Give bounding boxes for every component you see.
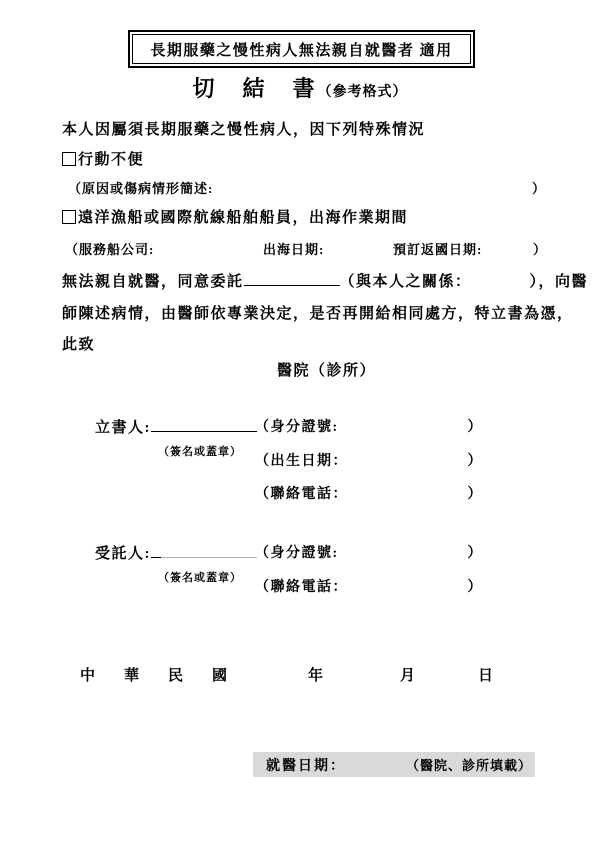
trustee-phone-label: （聯絡電話： bbox=[255, 576, 348, 596]
option-seafarer-row: 遠洋漁船或國際航線船舶船員，出海作業期間 bbox=[62, 206, 408, 227]
trustee-name-field-start[interactable] bbox=[151, 544, 161, 558]
trustee-id-row: （身分證號: ） bbox=[255, 542, 483, 562]
year-label: 年 bbox=[308, 664, 325, 685]
body-line-3: 此致 bbox=[62, 333, 95, 354]
declarant-phone-close-paren: ） bbox=[468, 483, 484, 503]
era-char-1: 中 bbox=[80, 664, 97, 685]
filled-by-clinic-note: （醫院、診所填載） bbox=[406, 755, 532, 774]
trustee-label: 受託人: bbox=[95, 546, 151, 562]
month-label: 月 bbox=[400, 664, 417, 685]
trustee-id-close-paren: ） bbox=[467, 542, 483, 562]
era-char-4: 國 bbox=[212, 664, 229, 685]
trustee-name-field[interactable] bbox=[161, 544, 257, 558]
visit-date-label: 就醫日期： bbox=[266, 755, 346, 775]
body-line-2: 師陳述病情，由醫師依專業決定，是否再開給相同處方，特立書為憑， bbox=[62, 302, 574, 323]
hospital-clinic-label: 醫院（診所） bbox=[277, 359, 376, 380]
checkbox-seafarer[interactable] bbox=[62, 210, 76, 224]
declarant-name-field[interactable] bbox=[151, 418, 257, 432]
body-line-1: 無法親自就醫，同意委託（與本人之關係：），向醫 bbox=[62, 270, 588, 291]
declarant-birthdate-row: （出生日期： ） bbox=[255, 450, 483, 470]
title-main: 切 結 書 bbox=[192, 76, 317, 101]
trustee-phone-close-paren: ） bbox=[468, 576, 484, 596]
applicability-text: 長期服藥之慢性病人無法親自就醫者 適用 bbox=[132, 34, 471, 64]
seafarer-detail-close-paren: ） bbox=[533, 239, 547, 258]
declarant-id-row: （身分證號: ） bbox=[255, 416, 483, 436]
declarant-id-close-paren: ） bbox=[467, 416, 483, 436]
delegate-post-text: ），向醫 bbox=[530, 274, 589, 290]
relation-field[interactable] bbox=[472, 285, 530, 286]
option-mobility-row: 行動不便 bbox=[62, 148, 144, 169]
checkbox-mobility[interactable] bbox=[62, 152, 76, 166]
declarant-row: 立書人: bbox=[95, 416, 257, 437]
declarant-phone-row: （聯絡電話： ） bbox=[255, 483, 483, 503]
relation-label: （與本人之關係： bbox=[340, 274, 472, 290]
option-mobility-label: 行動不便 bbox=[78, 152, 144, 168]
delegate-name-field[interactable] bbox=[244, 272, 340, 286]
ship-company-label: （服務船公司: bbox=[65, 239, 154, 258]
page-title: 切 結 書（參考格式） bbox=[0, 72, 600, 103]
declarant-id-label: （身分證號: bbox=[255, 416, 339, 436]
title-suffix: （參考格式） bbox=[318, 85, 408, 100]
option-mobility-detail-row: （原因或傷病情形簡述: ） bbox=[68, 178, 546, 197]
option-seafarer-detail-row: （服務船公司: 出海日期: 預訂返國日期: ） bbox=[0, 239, 600, 259]
trustee-phone-row: （聯絡電話： ） bbox=[255, 576, 483, 596]
intro-text: 本人因屬須長期服藥之慢性病人，因下列特殊情況 bbox=[62, 118, 425, 139]
trustee-sign-note: （簽名或蓋章） bbox=[158, 569, 242, 585]
trustee-id-label: （身分證號: bbox=[255, 542, 339, 562]
departure-date-label: 出海日期: bbox=[263, 239, 324, 258]
mobility-reason-label: （原因或傷病情形簡述: bbox=[68, 178, 213, 197]
declarant-label: 立書人: bbox=[95, 420, 151, 436]
declarant-birthdate-close-paren: ） bbox=[468, 450, 484, 470]
affidavit-document-page: 長期服藥之慢性病人無法親自就醫者 適用 切 結 書（參考格式） 本人因屬須長期服… bbox=[0, 0, 600, 848]
date-line: 中 華 民 國 年 月 日 bbox=[0, 664, 600, 686]
delegate-pre-text: 無法親自就醫，同意委託 bbox=[62, 274, 244, 290]
declarant-sign-note: （簽名或蓋章） bbox=[158, 443, 242, 459]
declarant-birthdate-label: （出生日期： bbox=[255, 450, 348, 470]
era-char-2: 華 bbox=[124, 664, 141, 685]
visit-date-bar: 就醫日期： （醫院、診所填載） bbox=[253, 752, 535, 777]
day-label: 日 bbox=[478, 664, 495, 685]
return-date-label: 預訂返國日期: bbox=[393, 239, 482, 258]
declarant-phone-label: （聯絡電話： bbox=[255, 483, 348, 503]
option-seafarer-label: 遠洋漁船或國際航線船舶船員，出海作業期間 bbox=[78, 210, 408, 226]
era-char-3: 民 bbox=[168, 664, 185, 685]
applicability-box: 長期服藥之慢性病人無法親自就醫者 適用 bbox=[128, 30, 475, 68]
trustee-row: 受託人: bbox=[95, 542, 257, 563]
mobility-detail-close-paren: ） bbox=[532, 178, 546, 197]
